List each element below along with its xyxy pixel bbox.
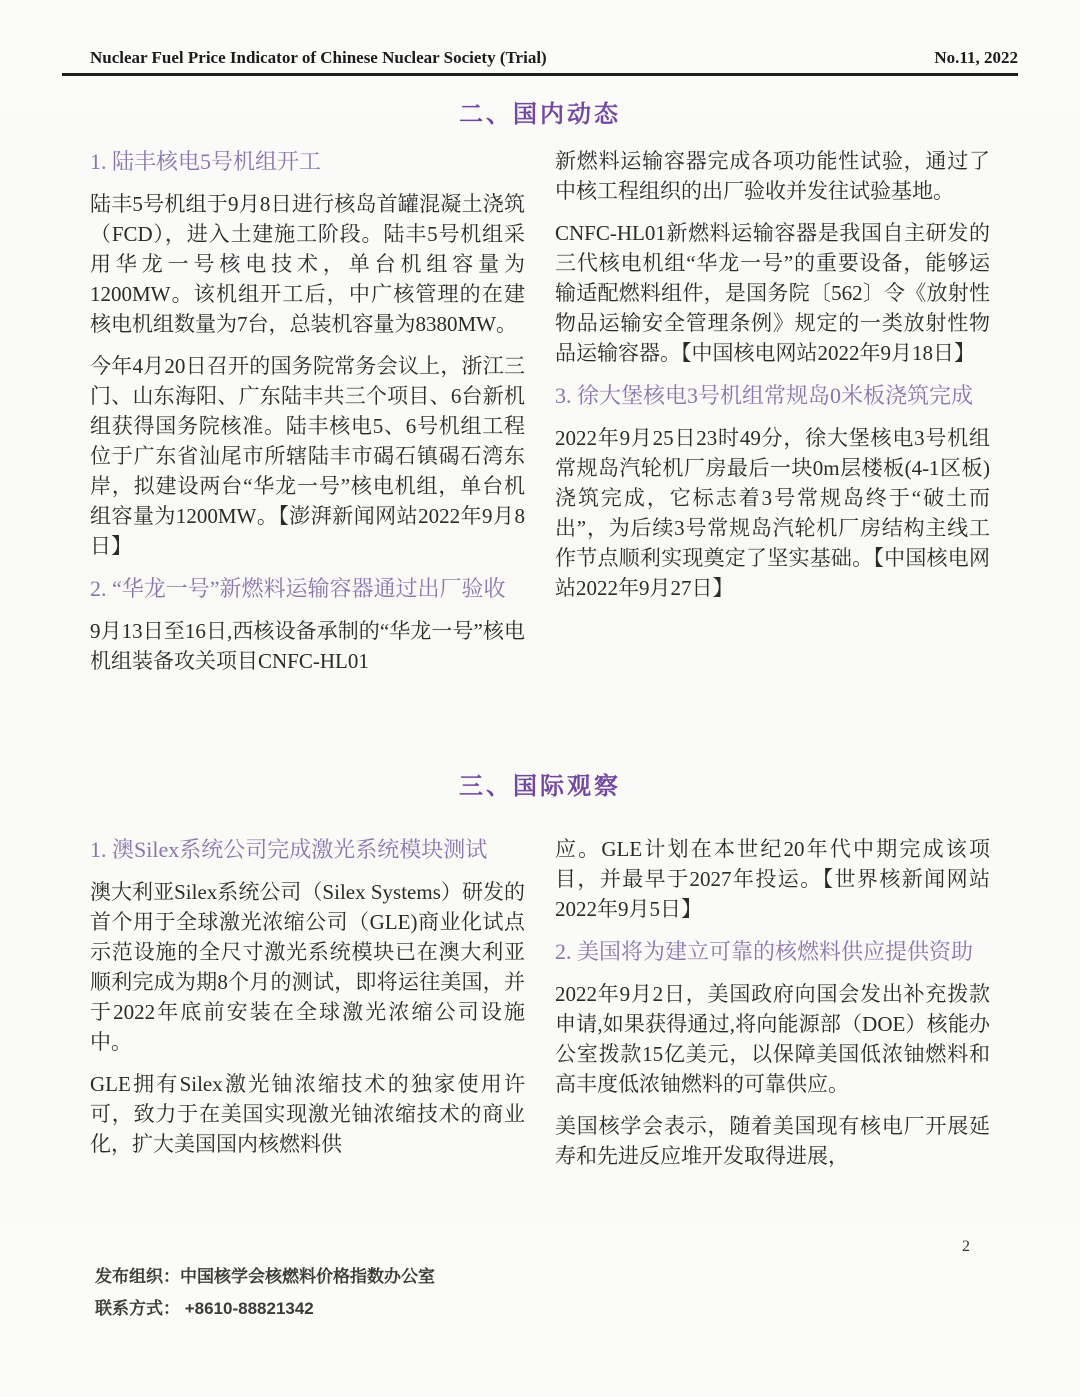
domestic-left-column: 1. 陆丰核电5号机组开工 陆丰5号机组于9月8日进行核岛首罐混凝土浇筑（FCD… xyxy=(90,146,525,676)
paragraph: GLE拥有Silex激光铀浓缩技术的独家使用许可，致力于在美国实现激光铀浓缩技术… xyxy=(90,1069,525,1159)
section-title-domestic-news: 二、国内动态 xyxy=(0,94,1080,129)
paragraph: 陆丰5号机组于9月8日进行核岛首罐混凝土浇筑（FCD），进入土建施工阶段。陆丰5… xyxy=(90,189,525,339)
international-section-columns: 1. 澳Silex系统公司完成激光系统模块测试 澳大利亚Silex系统公司（Si… xyxy=(90,834,990,1171)
section-title-international-observation: 三、国际观察 xyxy=(0,766,1080,801)
header-rule xyxy=(62,73,1018,76)
domestic-section-columns: 1. 陆丰核电5号机组开工 陆丰5号机组于9月8日进行核岛首罐混凝土浇筑（FCD… xyxy=(90,146,990,676)
footer-publisher: 发布组织：中国核学会核燃料价格指数办公室 xyxy=(95,1266,435,1288)
paragraph: 应。GLE计划在本世纪20年代中期完成该项目，并最早于2027年投运。【世界核新… xyxy=(555,834,990,924)
paragraph: 新燃料运输容器完成各项功能性试验，通过了中核工程组织的出厂验收并发往试验基地。 xyxy=(555,146,990,206)
page-header: Nuclear Fuel Price Indicator of Chinese … xyxy=(62,48,1018,68)
document-page: Nuclear Fuel Price Indicator of Chinese … xyxy=(0,0,1080,1397)
item-heading-silex-test: 1. 澳Silex系统公司完成激光系统模块测试 xyxy=(90,834,525,865)
page-number: 2 xyxy=(962,1238,970,1256)
paragraph: 澳大利亚Silex系统公司（Silex Systems）研发的首个用于全球激光浓… xyxy=(90,877,525,1057)
paragraph: 今年4月20日召开的国务院常务会议上，浙江三门、山东海阳、广东陆丰共三个项目、6… xyxy=(90,351,525,561)
paragraph: 美国核学会表示，随着美国现有核电厂开展延寿和先进反应堆开发取得进展， xyxy=(555,1111,990,1171)
domestic-right-column: 新燃料运输容器完成各项功能性试验，通过了中核工程组织的出厂验收并发往试验基地。 … xyxy=(555,146,990,676)
paragraph: 2022年9月25日23时49分，徐大堡核电3号机组常规岛汽轮机厂房最后一块0m… xyxy=(555,423,990,603)
header-title: Nuclear Fuel Price Indicator of Chinese … xyxy=(62,48,547,68)
item-heading-lufeng-unit5: 1. 陆丰核电5号机组开工 xyxy=(90,146,525,177)
international-left-column: 1. 澳Silex系统公司完成激光系统模块测试 澳大利亚Silex系统公司（Si… xyxy=(90,834,525,1171)
page-footer: 发布组织：中国核学会核燃料价格指数办公室 联系方式： +8610-8882134… xyxy=(95,1266,435,1320)
paragraph: 9月13日至16日,西核设备承制的“华龙一号”核电机组装备攻关项目CNFC-HL… xyxy=(90,616,525,676)
paragraph: CNFC-HL01新燃料运输容器是我国自主研发的三代核电机组“华龙一号”的重要设… xyxy=(555,218,990,368)
paragraph: 2022年9月2日，美国政府向国会发出补充拨款申请,如果获得通过,将向能源部（D… xyxy=(555,979,990,1099)
international-right-column: 应。GLE计划在本世纪20年代中期完成该项目，并最早于2027年投运。【世界核新… xyxy=(555,834,990,1171)
header-issue-number: No.11, 2022 xyxy=(934,48,1018,68)
item-heading-hualong-container: 2. “华龙一号”新燃料运输容器通过出厂验收 xyxy=(90,573,525,604)
footer-contact: 联系方式： +8610-88821342 xyxy=(95,1298,435,1320)
item-heading-xudabao-unit3: 3. 徐大堡核电3号机组常规岛0米板浇筑完成 xyxy=(555,380,990,411)
item-heading-us-fuel-funding: 2. 美国将为建立可靠的核燃料供应提供资助 xyxy=(555,936,990,967)
